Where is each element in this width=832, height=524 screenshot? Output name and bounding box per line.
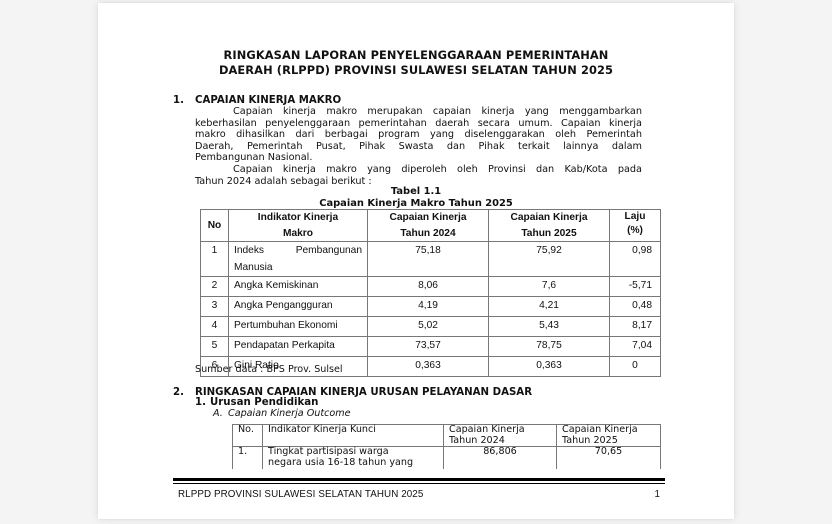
header-2024: Capaian KinerjaTahun 2024 — [444, 425, 557, 447]
page-number: 1 — [646, 489, 660, 500]
table-row: 1. Tingkat partisipasi warganegara usia … — [233, 447, 661, 470]
header-indikator: Indikator KinerjaMakro — [229, 210, 368, 242]
table-row: 4 Pertumbuhan Ekonomi 5,02 5,43 8,17 — [201, 317, 661, 337]
paragraph-line: Capaian kinerja makro yang diperoleh ole… — [195, 164, 642, 176]
cell-laju: 0 — [610, 357, 661, 377]
cell-indikator: Pendapatan Perkapita — [229, 337, 368, 357]
document-page: RINGKASAN LAPORAN PENYELENGGARAAN PEMERI… — [98, 3, 734, 519]
header-no: No. — [233, 425, 263, 447]
cell-no: 1. — [233, 447, 263, 470]
cell-2024: 4,19 — [368, 297, 489, 317]
cell-no: 3 — [201, 297, 229, 317]
header-2025: Capaian KinerjaTahun 2025 — [489, 210, 610, 242]
cell-indikator: Indeks PembangunanManusia — [229, 242, 368, 277]
section-2-number: 2. — [173, 386, 195, 399]
footer-text: RLPPD PROVINSI SULAWESI SELATAN TAHUN 20… — [178, 489, 423, 500]
cell-no: 2 — [201, 277, 229, 297]
table-header-row: No Indikator KinerjaMakro Capaian Kinerj… — [201, 210, 661, 242]
education-outcome-table: No. Indikator Kinerja Kunci Capaian Kine… — [232, 424, 661, 469]
cell-2025: 5,43 — [489, 317, 610, 337]
macro-performance-table: No Indikator KinerjaMakro Capaian Kinerj… — [200, 209, 661, 377]
subsection-1-number: 1. — [195, 397, 210, 409]
cell-2024: 75,18 — [368, 242, 489, 277]
table-source: Sumber data : BPS Prov. Sulsel — [195, 364, 343, 375]
document-title-line-1: RINGKASAN LAPORAN PENYELENGGARAAN PEMERI… — [98, 48, 734, 63]
table-row: 5 Pendapatan Perkapita 73,57 78,75 7,04 — [201, 337, 661, 357]
paragraph-line: Capaian kinerja makro merupakan capaian … — [195, 106, 642, 118]
subsection-1-title: Urusan Pendidikan — [210, 397, 318, 408]
cell-no: 4 — [201, 317, 229, 337]
header-laju: Laju(%) — [610, 210, 661, 242]
table-1-caption: Tabel 1.1 Capaian Kinerja Makro Tahun 20… — [98, 186, 734, 210]
cell-indikator: Pertumbuhan Ekonomi — [229, 317, 368, 337]
header-indikator: Indikator Kinerja Kunci — [263, 425, 444, 447]
cell-2025: 0,363 — [489, 357, 610, 377]
subsection-a-heading: A.Capaian Kinerja Outcome — [213, 408, 350, 420]
table-row: 2 Angka Kemiskinan 8,06 7,6 -5,71 — [201, 277, 661, 297]
header-2024: Capaian KinerjaTahun 2024 — [368, 210, 489, 242]
cell-laju: 0,48 — [610, 297, 661, 317]
cell-2024: 8,06 — [368, 277, 489, 297]
cell-laju: -5,71 — [610, 277, 661, 297]
header-no: No — [201, 210, 229, 242]
cell-2025: 4,21 — [489, 297, 610, 317]
subsection-a-title: Capaian Kinerja Outcome — [228, 408, 350, 419]
cell-2024: 5,02 — [368, 317, 489, 337]
section-1-number: 1. — [173, 94, 195, 107]
table-row: 1 Indeks PembangunanManusia 75,18 75,92 … — [201, 242, 661, 277]
cell-2024: 0,363 — [368, 357, 489, 377]
cell-2025: 75,92 — [489, 242, 610, 277]
section-1-paragraph-2: Capaian kinerja makro yang diperoleh ole… — [195, 164, 642, 187]
section-1-paragraph-1: Capaian kinerja makro merupakan capaian … — [195, 106, 642, 164]
header-2025: Capaian KinerjaTahun 2025 — [557, 425, 661, 447]
cell-2024: 86,806 — [444, 447, 557, 470]
section-1-title: CAPAIAN KINERJA MAKRO — [195, 95, 341, 106]
paragraph-line: Daerah, Pemerintah Pusat, Pihak Swasta d… — [195, 141, 642, 153]
table-row: 3 Angka Pengangguran 4,19 4,21 0,48 — [201, 297, 661, 317]
table-1-number: Tabel 1.1 — [98, 186, 734, 198]
cell-2025: 70,65 — [557, 447, 661, 470]
cell-indikator: Angka Kemiskinan — [229, 277, 368, 297]
footer-rule-thin — [173, 483, 665, 484]
cell-indikator: Angka Pengangguran — [229, 297, 368, 317]
paragraph-line: Pembangunan Nasional. — [195, 152, 642, 164]
cell-no: 1 — [201, 242, 229, 277]
footer-rule-thick — [173, 478, 665, 481]
cell-laju: 0,98 — [610, 242, 661, 277]
cell-2024: 73,57 — [368, 337, 489, 357]
cell-indikator: Tingkat partisipasi warganegara usia 16-… — [263, 447, 444, 470]
cell-laju: 7,04 — [610, 337, 661, 357]
document-title-line-2: DAERAH (RLPPD) PROVINSI SULAWESI SELATAN… — [98, 63, 734, 78]
paragraph-line: keberhasilan penyelenggaraan pemerintaha… — [195, 118, 642, 130]
table-header-row: No. Indikator Kinerja Kunci Capaian Kine… — [233, 425, 661, 447]
paragraph-line: makro dihasilkan dari berbagai program y… — [195, 129, 642, 141]
cell-2025: 7,6 — [489, 277, 610, 297]
subsection-a-letter: A. — [213, 408, 228, 420]
document-title: RINGKASAN LAPORAN PENYELENGGARAAN PEMERI… — [98, 48, 734, 78]
cell-laju: 8,17 — [610, 317, 661, 337]
cell-2025: 78,75 — [489, 337, 610, 357]
cell-no: 5 — [201, 337, 229, 357]
